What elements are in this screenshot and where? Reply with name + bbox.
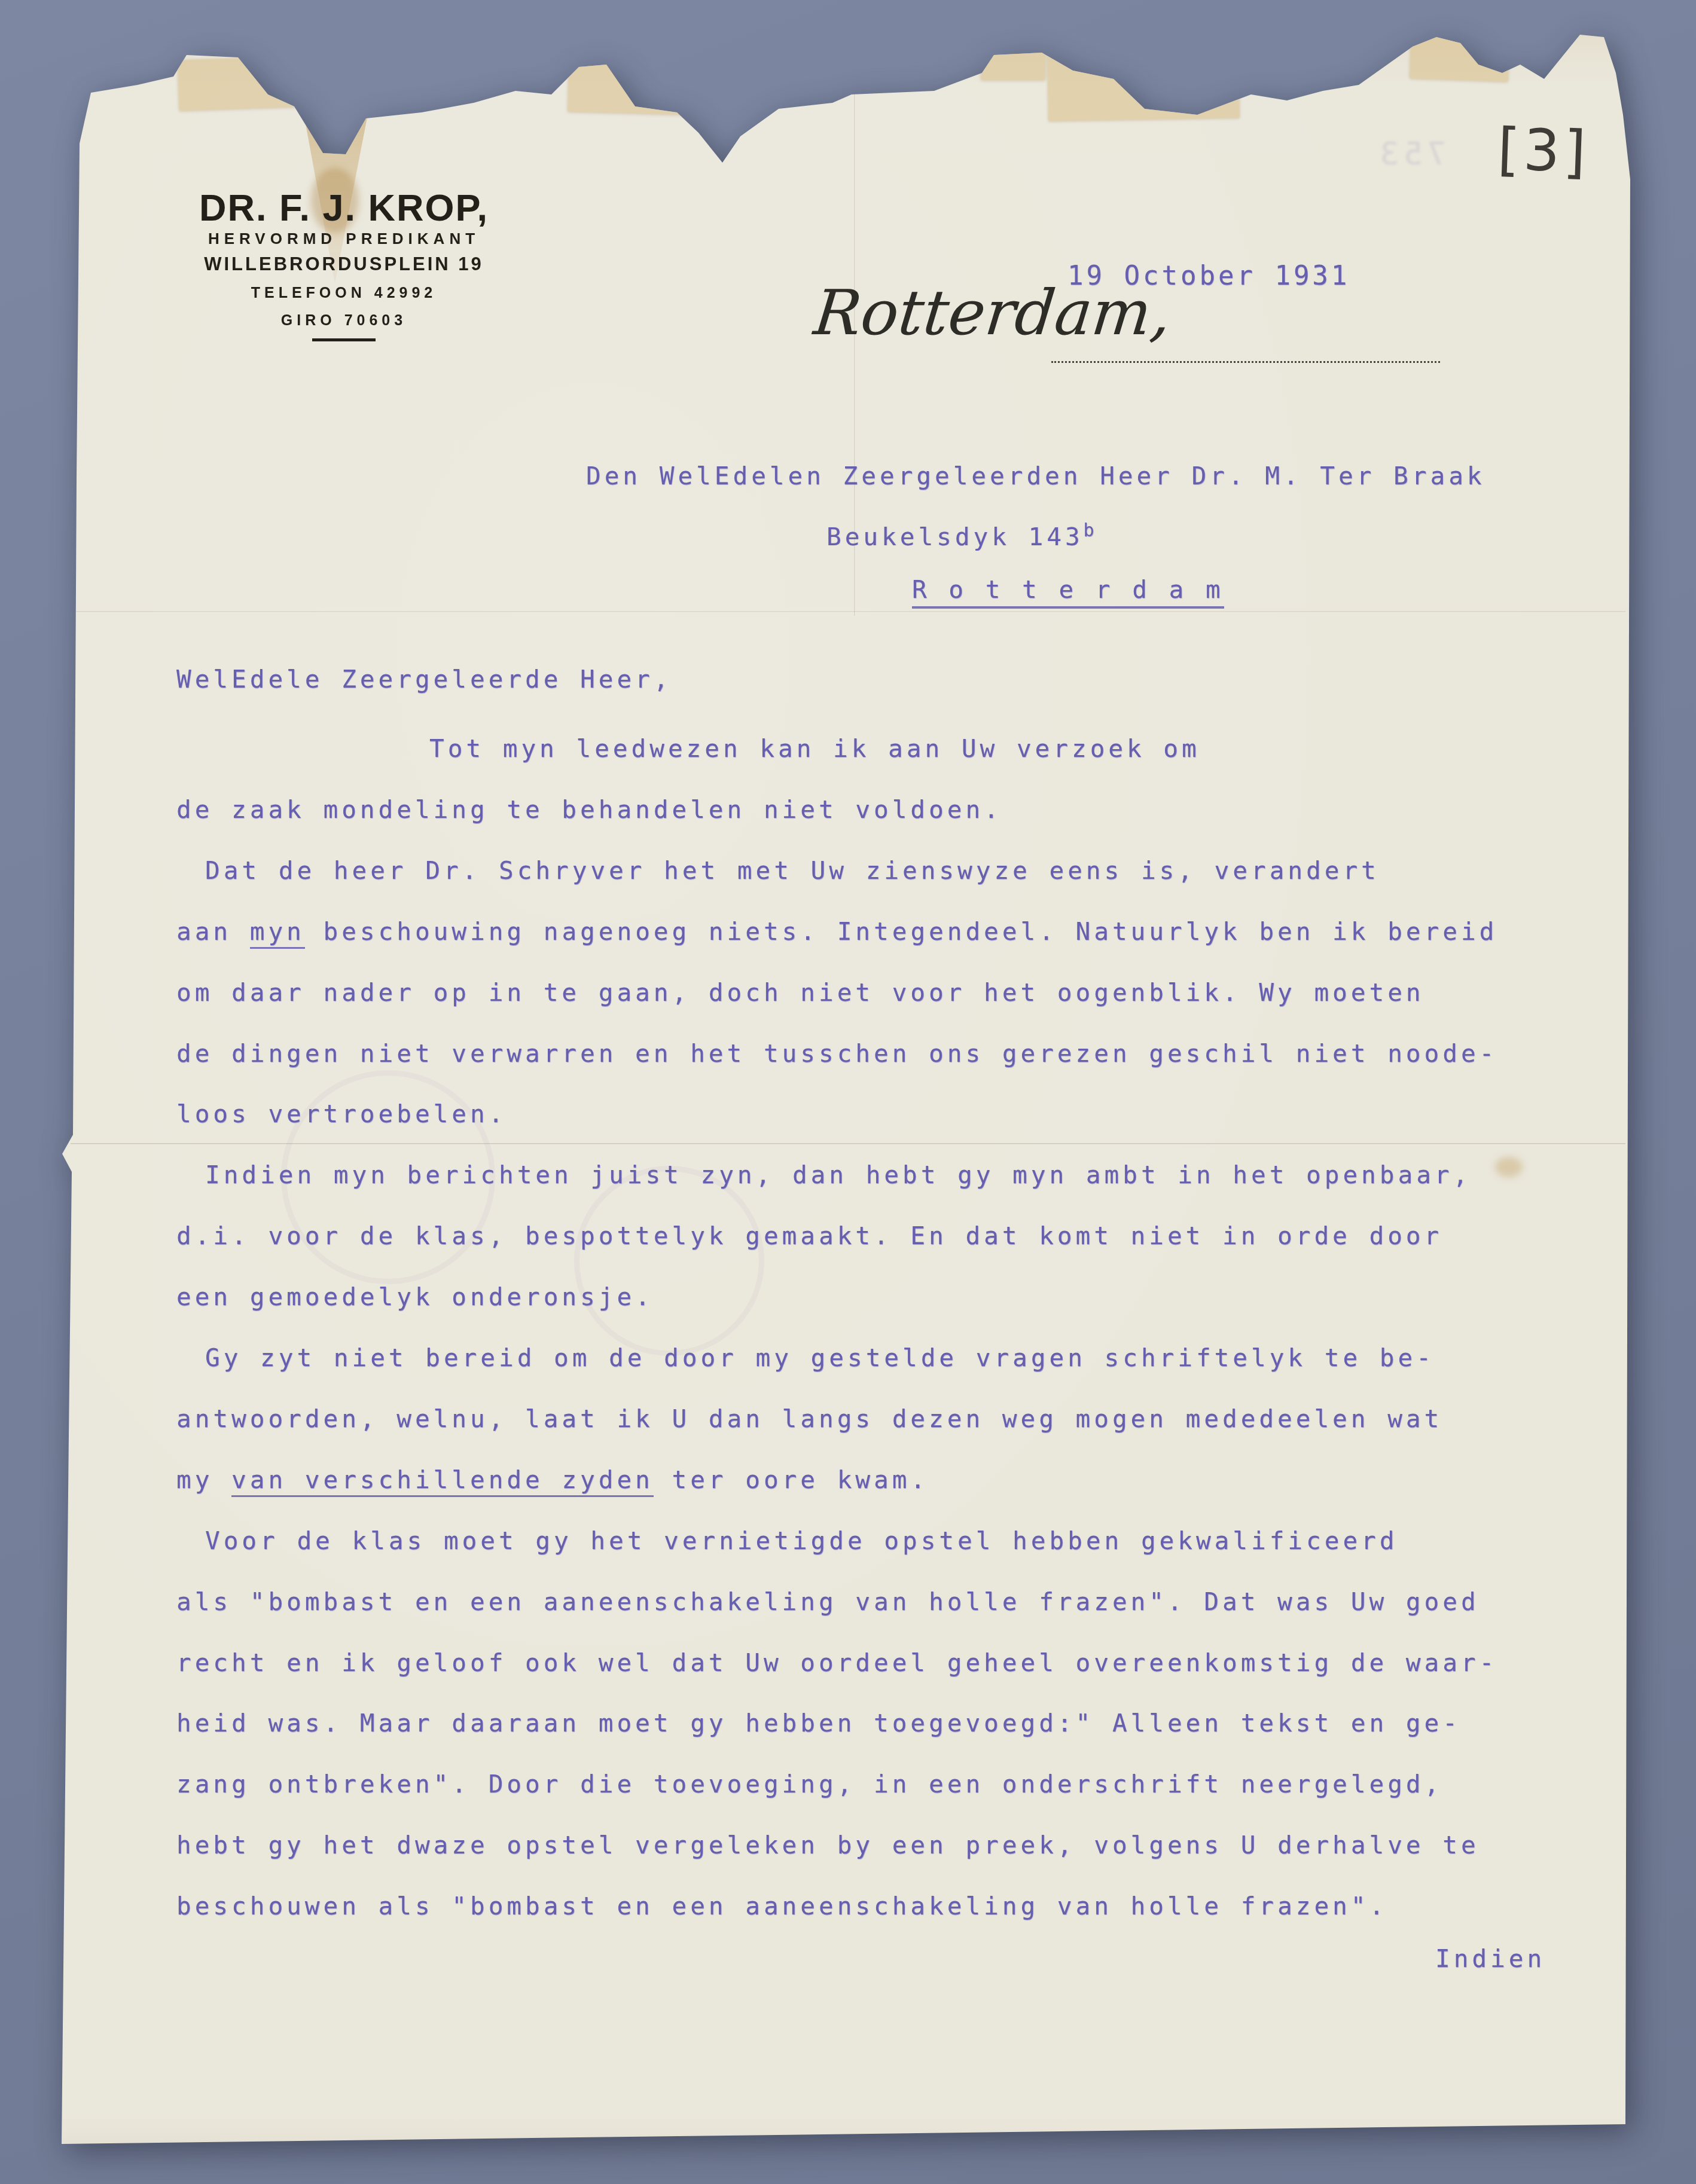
letterhead-telephone: TELEFOON 42992 <box>185 285 502 302</box>
body-line: Voor de klas moet gy het vernietigde ops… <box>205 1526 1398 1555</box>
ink-bleed-number: 753 <box>1375 136 1446 172</box>
date-dotted-rule <box>1051 361 1440 363</box>
body-line: Indien myn berichten juist zyn, dan hebt… <box>205 1160 1471 1189</box>
tape-remnant <box>981 51 1045 80</box>
body-line: heid was. Maar daaraan moet gy hebben to… <box>176 1709 1461 1737</box>
letterhead-address: WILLEBRORDUSPLEIN 19 <box>185 253 502 275</box>
recipient-street: Beukelsdyk 143b <box>826 520 1098 551</box>
text-segment: recht en ik geloof ook wel dat Uw oordee… <box>176 1648 1497 1677</box>
body-line: hebt gy het dwaze opstel vergeleken by e… <box>176 1831 1480 1859</box>
letterhead-name: DR. F. J. KROP, <box>185 187 502 230</box>
body-line: beschouwen als "bombast en een aaneensch… <box>176 1892 1387 1920</box>
recipient-line: Den WelEdelen Zeergeleerden Heer Dr. M. … <box>586 462 1485 490</box>
tape-remnant <box>178 54 335 111</box>
text-segment: een gemoedelyk onderonsje. <box>176 1282 654 1311</box>
underlined-text: myn <box>250 917 305 949</box>
body-line: de dingen niet verwarren en het tusschen… <box>176 1039 1497 1068</box>
tape-remnant <box>568 59 712 115</box>
text-segment: beschouwing nagenoeg niets. Integendeel.… <box>305 917 1497 946</box>
catchword: Indien <box>1435 1944 1545 1973</box>
text-segment: Tot myn leedwezen kan ik aan Uw verzoek … <box>429 734 1200 763</box>
scanned-letter-canvas: [3] 753 DR. F. J. KROP, HERVORMD PREDIKA… <box>0 0 1696 2184</box>
text-segment: Gy zyt niet bereid om de door my gesteld… <box>205 1343 1435 1372</box>
text-segment: de dingen niet verwarren en het tusschen… <box>176 1039 1497 1068</box>
text-segment: zang ontbreken". Door die toevoeging, in… <box>176 1770 1442 1798</box>
text-segment: Dat de heer Dr. Schryver het met Uw zien… <box>205 856 1380 885</box>
text-segment: my <box>176 1465 231 1494</box>
fold-crease <box>71 611 1625 612</box>
stamp-bleed <box>574 1166 764 1356</box>
pencil-page-number: [3] <box>1496 115 1591 185</box>
paper-sheet: [3] 753 DR. F. J. KROP, HERVORMD PREDIKA… <box>0 0 1696 2184</box>
text-segment: als "bombast en een aaneenschakeling van… <box>176 1587 1480 1616</box>
letterhead-rule <box>312 338 376 341</box>
stain <box>1495 1157 1523 1177</box>
text-segment: beschouwen als "bombast en een aaneensch… <box>176 1892 1387 1920</box>
street-superscript: b <box>1084 520 1098 541</box>
body-line: antwoorden, welnu, laat ik U dan langs d… <box>176 1404 1442 1433</box>
recipient-city: R o t t e r d a m <box>912 575 1224 609</box>
underlined-text: van verschillende zyden <box>231 1465 654 1497</box>
text-segment: ter oore kwam. <box>654 1465 929 1494</box>
letterhead-giro: GIRO 70603 <box>185 312 502 329</box>
typed-date: 19 October 1931 <box>1067 261 1350 291</box>
body-line: aan myn beschouwing nagenoeg niets. Inte… <box>176 917 1497 946</box>
text-segment: loos vertroebelen. <box>176 1099 507 1128</box>
body-line: my van verschillende zyden ter oore kwam… <box>176 1465 929 1494</box>
tape-remnant <box>1410 35 1509 82</box>
text-segment: heid was. Maar daaraan moet gy hebben to… <box>176 1709 1461 1737</box>
body-line: loos vertroebelen. <box>176 1099 507 1128</box>
body-line: als "bombast en een aaneenschakeling van… <box>176 1587 1480 1616</box>
text-segment: om daar nader op in te gaan, doch niet v… <box>176 978 1424 1007</box>
body-line: de zaak mondeling te behandelen niet vol… <box>176 795 1002 824</box>
body-line: d.i. voor de klas, bespottelyk gemaakt. … <box>176 1221 1442 1250</box>
tape-remnant <box>1047 51 1240 121</box>
text-segment: Voor de klas moet gy het vernietigde ops… <box>205 1526 1398 1555</box>
text-segment: de zaak mondeling te behandelen niet vol… <box>176 795 1002 824</box>
text-segment: antwoorden, welnu, laat ik U dan langs d… <box>176 1404 1442 1433</box>
body-line: Dat de heer Dr. Schryver het met Uw zien… <box>205 856 1380 885</box>
street-text: Beukelsdyk 143 <box>826 523 1084 551</box>
text-segment: aan <box>176 917 250 946</box>
text-segment: hebt gy het dwaze opstel vergeleken by e… <box>176 1831 1480 1859</box>
letterhead-title: HERVORMD PREDIKANT <box>185 230 502 248</box>
text-segment: Indien myn berichten juist zyn, dan hebt… <box>205 1160 1471 1189</box>
paper-sheet-wrap: [3] 753 DR. F. J. KROP, HERVORMD PREDIKA… <box>0 0 1696 2184</box>
body-line: recht en ik geloof ook wel dat Uw oordee… <box>176 1648 1497 1677</box>
body-line: Tot myn leedwezen kan ik aan Uw verzoek … <box>429 734 1200 763</box>
text-segment: d.i. voor de klas, bespottelyk gemaakt. … <box>176 1221 1442 1250</box>
body-line: zang ontbreken". Door die toevoeging, in… <box>176 1770 1442 1798</box>
body-line: Gy zyt niet bereid om de door my gesteld… <box>205 1343 1435 1372</box>
body-line: om daar nader op in te gaan, doch niet v… <box>176 978 1424 1007</box>
salutation: WelEdele Zeergeleerde Heer, <box>176 665 672 694</box>
body-line: een gemoedelyk onderonsje. <box>176 1282 654 1311</box>
